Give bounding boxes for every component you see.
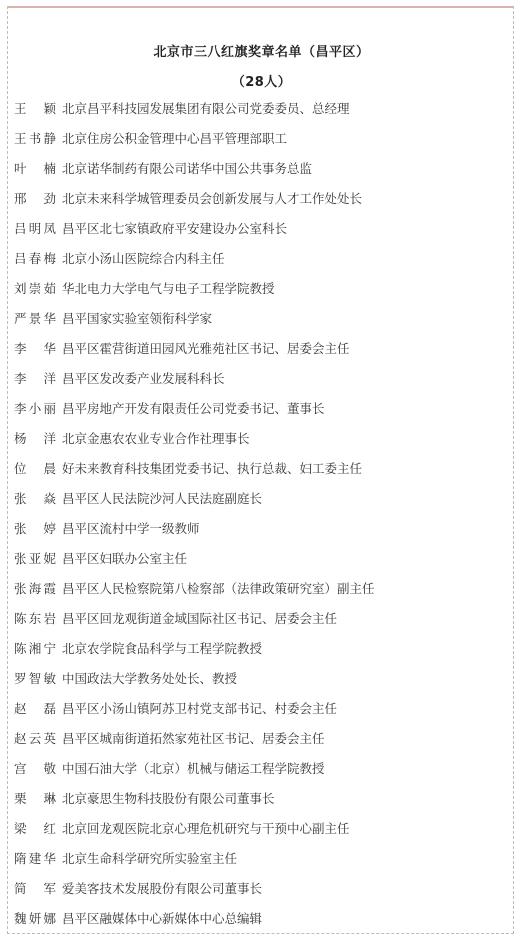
awardee-role: 昌平区妇联办公室主任 <box>62 550 187 580</box>
list-item: 吕春梅北京小汤山医院综合内科主任 <box>14 250 375 280</box>
awardee-name: 李 洋 <box>14 370 56 400</box>
awardee-name: 赵云英 <box>14 730 56 760</box>
awardee-name: 李 华 <box>14 340 56 370</box>
awardee-name: 吕春梅 <box>14 250 56 280</box>
list-item: 梁 红北京回龙观医院北京心理危机研究与干预中心副主任 <box>14 820 375 850</box>
list-item: 张海霞昌平区人民检察院第八检察部（法律政策研究室）副主任 <box>14 580 375 610</box>
page-title: 北京市三八红旗奖章名单（昌平区） <box>0 41 523 60</box>
list-item: 隋建华北京生命科学研究所实验室主任 <box>14 850 375 880</box>
awardee-name: 宫 敬 <box>14 760 56 790</box>
awardee-role: 昌平区霍营街道田园风光雅苑社区书记、居委会主任 <box>62 340 350 370</box>
list-item: 赵云英昌平区城南街道拓然家苑社区书记、居委会主任 <box>14 730 375 760</box>
awardee-role: 昌平区城南街道拓然家苑社区书记、居委会主任 <box>62 730 325 760</box>
awardee-role: 中国政法大学教务处处长、教授 <box>62 670 237 700</box>
awardee-name: 邢 劲 <box>14 190 56 220</box>
awardee-name: 陈湘宁 <box>14 640 56 670</box>
awardee-role: 中国石油大学（北京）机械与储运工程学院教授 <box>62 760 325 790</box>
awardee-role: 北京住房公积金管理中心昌平管理部职工 <box>62 130 287 160</box>
list-item: 张 婷昌平区流村中学一级教师 <box>14 520 375 550</box>
list-item: 张亚妮昌平区妇联办公室主任 <box>14 550 375 580</box>
awardee-role: 北京回龙观医院北京心理危机研究与干预中心副主任 <box>62 820 350 850</box>
list-item: 陈东岩昌平区回龙观街道金域国际社区书记、居委会主任 <box>14 610 375 640</box>
awardee-name: 罗智敏 <box>14 670 56 700</box>
awardee-name: 张 焱 <box>14 490 56 520</box>
awardee-name: 李小丽 <box>14 400 56 430</box>
awardee-list: 王 颖北京昌平科技园发展集团有限公司党委委员、总经理王书静北京住房公积金管理中心… <box>14 100 375 940</box>
awardee-name: 陈东岩 <box>14 610 56 640</box>
awardee-role: 昌平区小汤山镇阿苏卫村党支部书记、村委会主任 <box>62 700 337 730</box>
awardee-role: 昌平区回龙观街道金域国际社区书记、居委会主任 <box>62 610 337 640</box>
awardee-name: 王 颖 <box>14 100 56 130</box>
awardee-role: 昌平房地产开发有限责任公司党委书记、董事长 <box>62 400 325 430</box>
awardee-role: 北京豪思生物科技股份有限公司董事长 <box>62 790 275 820</box>
list-item: 罗智敏中国政法大学教务处处长、教授 <box>14 670 375 700</box>
awardee-name: 张海霞 <box>14 580 56 610</box>
awardee-role: 北京农学院食品科学与工程学院教授 <box>62 640 262 670</box>
awardee-role: 北京生命科学研究所实验室主任 <box>62 850 237 880</box>
awardee-name: 吕明凤 <box>14 220 56 250</box>
list-item: 李小丽昌平房地产开发有限责任公司党委书记、董事长 <box>14 400 375 430</box>
awardee-role: 华北电力大学电气与电子工程学院教授 <box>62 280 275 310</box>
list-item: 邢 劲北京未来科学城管理委员会创新发展与人才工作处处长 <box>14 190 375 220</box>
awardee-role: 昌平区流村中学一级教师 <box>62 520 200 550</box>
list-item: 严景华昌平国家实验室领衔科学家 <box>14 310 375 340</box>
list-item: 栗 琳北京豪思生物科技股份有限公司董事长 <box>14 790 375 820</box>
awardee-role: 昌平区北七家镇政府平安建设办公室科长 <box>62 220 287 250</box>
awardee-role: 昌平区融媒体中心新媒体中心总编辑 <box>62 910 262 940</box>
awardee-role: 北京昌平科技园发展集团有限公司党委委员、总经理 <box>62 100 350 130</box>
list-item: 杨 洋北京金惠农农业专业合作社理事长 <box>14 430 375 460</box>
list-item: 魏妍娜昌平区融媒体中心新媒体中心总编辑 <box>14 910 375 940</box>
awardee-role: 爱美客技术发展股份有限公司董事长 <box>62 880 262 910</box>
awardee-role: 昌平区人民检察院第八检察部（法律政策研究室）副主任 <box>62 580 375 610</box>
awardee-name: 王书静 <box>14 130 56 160</box>
awardee-name: 叶 楠 <box>14 160 56 190</box>
awardee-role: 昌平区人民法院沙河人民法庭副庭长 <box>62 490 262 520</box>
awardee-name: 梁 红 <box>14 820 56 850</box>
awardee-name: 栗 琳 <box>14 790 56 820</box>
page-subtitle: （28人） <box>0 71 523 90</box>
list-item: 吕明凤昌平区北七家镇政府平安建设办公室科长 <box>14 220 375 250</box>
list-item: 王 颖北京昌平科技园发展集团有限公司党委委员、总经理 <box>14 100 375 130</box>
awardee-role: 好未来教育科技集团党委书记、执行总裁、妇工委主任 <box>62 460 362 490</box>
awardee-name: 刘崇茹 <box>14 280 56 310</box>
list-item: 张 焱昌平区人民法院沙河人民法庭副庭长 <box>14 490 375 520</box>
list-item: 赵 磊昌平区小汤山镇阿苏卫村党支部书记、村委会主任 <box>14 700 375 730</box>
list-item: 叶 楠北京诺华制药有限公司诺华中国公共事务总监 <box>14 160 375 190</box>
list-item: 王书静北京住房公积金管理中心昌平管理部职工 <box>14 130 375 160</box>
awardee-role: 北京小汤山医院综合内科主任 <box>62 250 225 280</box>
list-item: 刘崇茹华北电力大学电气与电子工程学院教授 <box>14 280 375 310</box>
list-item: 李 华昌平区霍营街道田园风光雅苑社区书记、居委会主任 <box>14 340 375 370</box>
awardee-name: 位 晨 <box>14 460 56 490</box>
awardee-role: 昌平区发改委产业发展科科长 <box>62 370 225 400</box>
awardee-name: 杨 洋 <box>14 430 56 460</box>
awardee-name: 赵 磊 <box>14 700 56 730</box>
awardee-name: 张 婷 <box>14 520 56 550</box>
awardee-role: 北京金惠农农业专业合作社理事长 <box>62 430 250 460</box>
awardee-name: 魏妍娜 <box>14 910 56 940</box>
list-item: 位 晨好未来教育科技集团党委书记、执行总裁、妇工委主任 <box>14 460 375 490</box>
awardee-role: 昌平国家实验室领衔科学家 <box>62 310 212 340</box>
awardee-role: 北京诺华制药有限公司诺华中国公共事务总监 <box>62 160 312 190</box>
awardee-name: 简 军 <box>14 880 56 910</box>
awardee-name: 严景华 <box>14 310 56 340</box>
list-item: 宫 敬 中国石油大学（北京）机械与储运工程学院教授 <box>14 760 375 790</box>
list-item: 简 军爱美客技术发展股份有限公司董事长 <box>14 880 375 910</box>
awardee-name: 隋建华 <box>14 850 56 880</box>
list-item: 李 洋昌平区发改委产业发展科科长 <box>14 370 375 400</box>
awardee-name: 张亚妮 <box>14 550 56 580</box>
list-item: 陈湘宁北京农学院食品科学与工程学院教授 <box>14 640 375 670</box>
awardee-role: 北京未来科学城管理委员会创新发展与人才工作处处长 <box>62 190 362 220</box>
